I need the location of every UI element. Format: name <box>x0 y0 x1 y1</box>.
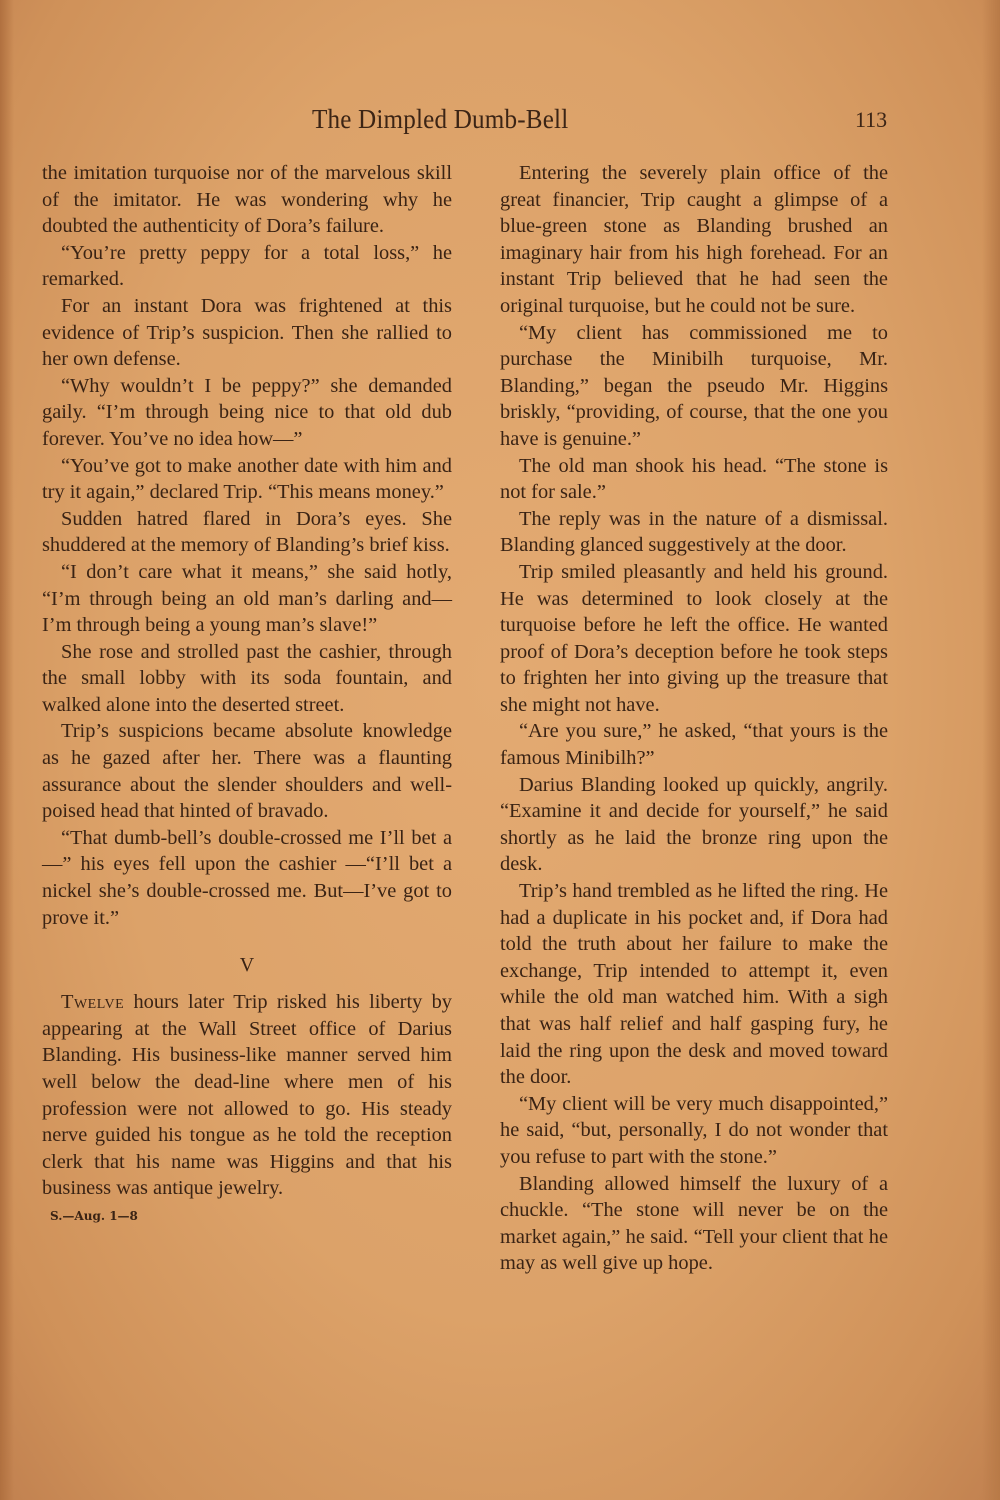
paragraph: “You’ve got to make another date with hi… <box>42 453 452 506</box>
paragraph: Trip’s hand trembled as he lifted the ri… <box>500 878 888 1091</box>
running-head: The Dimpled Dumb-Bell 113 <box>0 104 1000 144</box>
paragraph: Sudden hatred flared in Dora’s eyes. She… <box>42 506 452 559</box>
paragraph: “Are you sure,” he asked, “that yours is… <box>500 718 888 771</box>
paragraph: The reply was in the nature of a dismiss… <box>500 506 888 559</box>
section-opening-text: hours later Trip risked his liberty by a… <box>42 991 452 1199</box>
paragraph: “My client will be very much disappointe… <box>500 1091 888 1171</box>
paragraph: She rose and strolled past the cashier, … <box>42 639 452 719</box>
paragraph: Darius Blanding looked up quickly, angri… <box>500 772 888 878</box>
page-left-edge-shadow <box>0 0 14 1500</box>
paragraph: “Why wouldn’t I be peppy?” she demanded … <box>42 373 452 453</box>
right-column: Entering the severely plain office of th… <box>500 160 888 1277</box>
paragraph: the imitation turquoise nor of the marve… <box>42 160 452 240</box>
paragraph: Trip’s suspicions became absolute knowle… <box>42 718 452 824</box>
running-title: The Dimpled Dumb-Bell <box>312 104 568 135</box>
section-heading: V <box>42 953 452 977</box>
paragraph: “I don’t care what it means,” she said h… <box>42 559 452 639</box>
page-right-edge-shadow <box>982 0 1000 1500</box>
paragraph: For an instant Dora was frightened at th… <box>42 293 452 373</box>
left-column: the imitation turquoise nor of the marve… <box>42 160 452 1224</box>
paragraph: Blanding allowed himself the luxury of a… <box>500 1171 888 1277</box>
page-number: 113 <box>855 107 887 133</box>
section-opening-smallcaps: Twelve <box>61 991 124 1013</box>
paragraph: Entering the severely plain office of th… <box>500 160 888 320</box>
paragraph: “You’re pretty peppy for a total loss,” … <box>42 240 452 293</box>
section-opening-paragraph: Twelve hours later Trip risked his liber… <box>42 989 452 1202</box>
signature-mark: S.—Aug. 1—8 <box>50 1208 452 1224</box>
paragraph: The old man shook his head. “The stone i… <box>500 453 888 506</box>
paragraph: “That dumb-bell’s double-crossed me I’ll… <box>42 825 452 931</box>
paragraph: Trip smiled pleasantly and held his grou… <box>500 559 888 719</box>
paragraph: “My client has commissioned me to purcha… <box>500 320 888 453</box>
